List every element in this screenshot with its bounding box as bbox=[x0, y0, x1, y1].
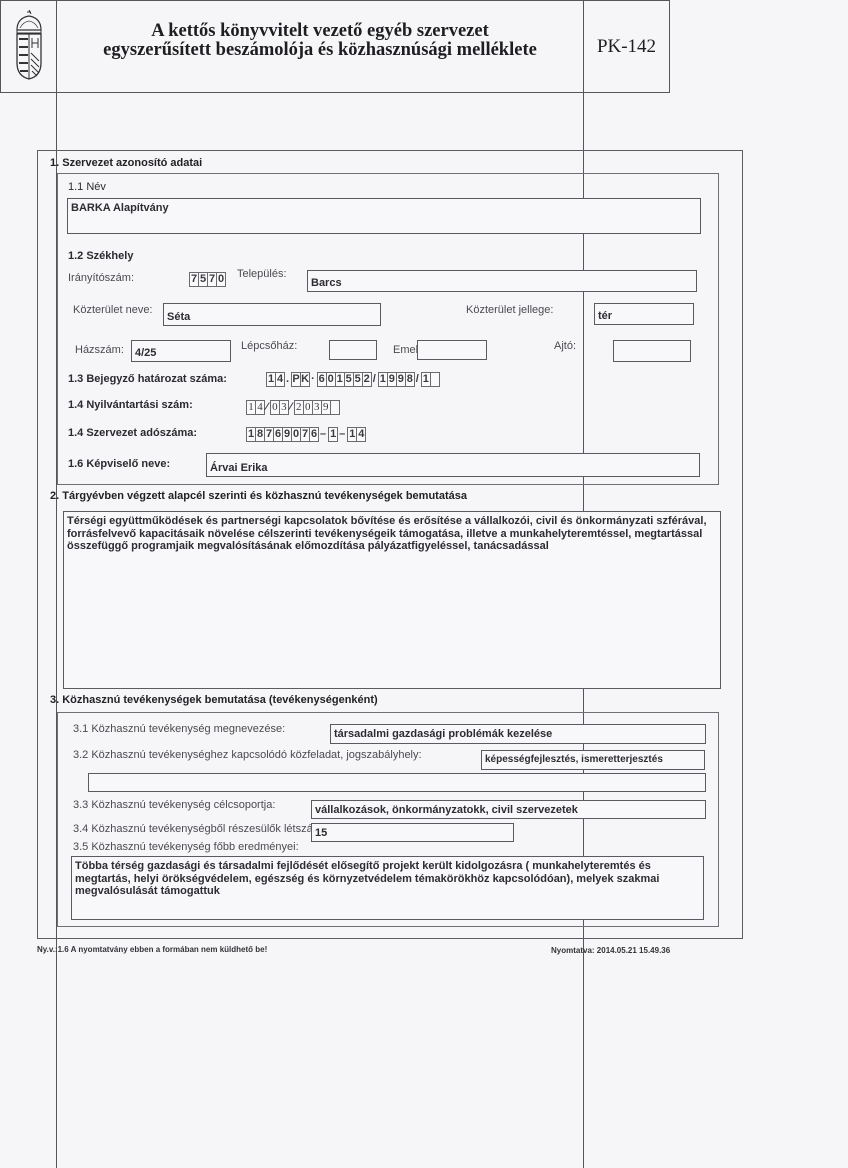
registry-number-label: 1.4 Nyilvántartási szám: bbox=[68, 399, 193, 411]
door-field[interactable] bbox=[613, 340, 691, 362]
registration-decision-label: 1.3 Bejegyző határozat száma: bbox=[68, 373, 227, 385]
footer-printed-timestamp: Nyomtatva: 2014.05.21 15.49.36 bbox=[551, 946, 670, 955]
results-label: 3.5 Közhasznú tevékenység főbb eredménye… bbox=[73, 841, 299, 853]
registration-decision-field[interactable]: 14.PK·601552/1998/1 bbox=[266, 371, 439, 387]
form-title: A kettős könyvvitelt vezető egyéb szerve… bbox=[60, 22, 580, 60]
form-title-line2: egyszerűsített beszámolója és közhasznús… bbox=[60, 41, 580, 60]
activity-name-field[interactable]: társadalmi gazdasági problémák kezelése bbox=[330, 724, 706, 744]
door-label: Ajtó: bbox=[554, 340, 576, 352]
staircase-label: Lépcsőház: bbox=[241, 340, 297, 352]
registry-number-field[interactable]: 14⁄03⁄2039 bbox=[246, 399, 339, 415]
house-number-label: Házszám: bbox=[75, 344, 124, 356]
section3-title: 3. Közhasznú tevékenységek bemutatása (t… bbox=[50, 694, 378, 706]
street-type-field[interactable]: tér bbox=[594, 303, 694, 325]
seat-label: 1.2 Székhely bbox=[68, 250, 133, 262]
beneficiaries-label: 3.4 Közhasznú tevékenységből részesülők … bbox=[73, 823, 331, 835]
staircase-field[interactable] bbox=[329, 340, 377, 360]
separator: – bbox=[337, 428, 347, 440]
city-label: Település: bbox=[237, 268, 287, 280]
public-task-extra-field[interactable] bbox=[88, 773, 706, 792]
house-number-field[interactable]: 4/25 bbox=[131, 340, 231, 362]
digit-box[interactable]: 0 bbox=[216, 272, 226, 287]
separator: / bbox=[371, 373, 378, 385]
digit-box[interactable]: 4 bbox=[356, 427, 366, 442]
public-task-label: 3.2 Közhasznú tevékenységhez kapcsolódó … bbox=[73, 749, 422, 761]
tax-number-field[interactable]: 18769076–1–14 bbox=[246, 426, 365, 442]
tax-number-label: 1.4 Szervezet adószáma: bbox=[68, 427, 197, 439]
street-type-label: Közterület jellege: bbox=[466, 304, 553, 316]
digit-box[interactable] bbox=[330, 400, 340, 415]
representative-label: 1.6 Képviselő neve: bbox=[68, 458, 170, 470]
separator: – bbox=[318, 428, 328, 440]
separator: · bbox=[309, 373, 317, 385]
section2-title: 2. Tárgyévben végzett alapcél szerinti é… bbox=[50, 490, 467, 502]
street-name-label: Közterület neve: bbox=[73, 304, 153, 316]
representative-field[interactable]: Árvai Erika bbox=[206, 453, 700, 477]
postal-code-label: Irányítószám: bbox=[68, 272, 134, 284]
form-header: A kettős könyvvitelt vezető egyéb szerve… bbox=[0, 0, 670, 93]
separator: / bbox=[414, 373, 421, 385]
target-group-field[interactable]: vállalkozások, önkormányzatokk, civil sz… bbox=[311, 800, 706, 819]
form-code: PK-142 bbox=[585, 36, 668, 58]
section2-textarea[interactable]: Térségi együttműködések és partnerségi k… bbox=[63, 511, 721, 689]
postal-code-field[interactable]: 7570 bbox=[189, 271, 225, 287]
activity-name-label: 3.1 Közhasznú tevékenység megnevezése: bbox=[73, 723, 285, 735]
city-field[interactable]: Barcs bbox=[307, 270, 697, 292]
public-task-field[interactable]: képességfejlesztés, ismeretterjesztés bbox=[481, 750, 705, 770]
form-title-line1: A kettős könyvvitelt vezető egyéb szerve… bbox=[60, 22, 580, 41]
beneficiaries-field[interactable]: 15 bbox=[311, 823, 514, 842]
separator: . bbox=[284, 373, 291, 385]
digit-box[interactable] bbox=[430, 372, 440, 387]
footer-notice: Ny.v.:1.6 A nyomtatvány ebben a formában… bbox=[37, 945, 267, 954]
name-label: 1.1 Név bbox=[68, 181, 106, 193]
name-field[interactable]: BARKA Alapítvány bbox=[67, 198, 701, 234]
hungarian-coat-of-arms-icon bbox=[12, 8, 46, 82]
target-group-label: 3.3 Közhasznú tevékenység célcsoportja: bbox=[73, 799, 275, 811]
section1-title: 1. Szervezet azonosító adatai bbox=[50, 157, 202, 169]
street-name-field[interactable]: Séta bbox=[163, 303, 381, 326]
results-textarea[interactable]: Többa térség gazdasági és társadalmi fej… bbox=[71, 856, 704, 920]
floor-field[interactable] bbox=[417, 340, 487, 360]
